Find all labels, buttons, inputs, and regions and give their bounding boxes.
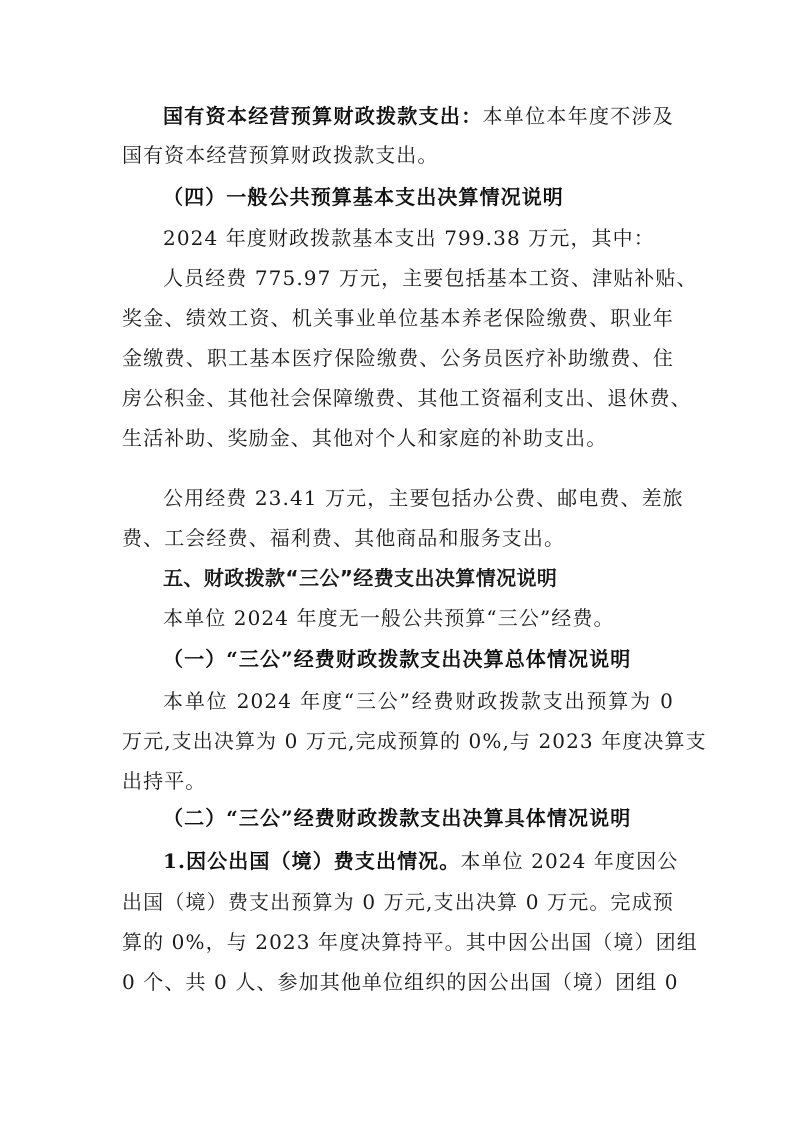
no-three-public-expenses: 本单位 2024 年度无一般公共预算“三公”经费。 <box>163 606 674 630</box>
personnel-cost-line5: 生活补助、奖励金、其他对个人和家庭的补助支出。 <box>122 426 674 450</box>
overseas-travel-line2: 出国（境）费支出预算为 0 万元,支出决算 0 万元。完成预 <box>122 890 674 914</box>
heading-section-5: 五、财政拨款“三公”经费支出决算情况说明 <box>163 566 674 590</box>
personnel-cost-line4: 房公积金、其他社会保障缴费、其他工资福利支出、退休费、 <box>122 386 674 410</box>
personnel-cost-line3: 金缴费、职工基本医疗保险缴费、公务员医疗补助缴费、住 <box>122 346 674 370</box>
heading-section-5-1: （一）“三公”经费财政拨款支出决算总体情况说明 <box>163 647 674 671</box>
state-capital-lead: 国有资本经营预算财政拨款支出： <box>163 104 483 128</box>
public-cost-line2: 费、工会经费、福利费、其他商品和服务支出。 <box>122 526 674 550</box>
basic-expenditure-total: 2024 年度财政拨款基本支出 799.38 万元，其中： <box>163 226 674 250</box>
overall-line1: 本单位 2024 年度“三公”经费财政拨款支出预算为 0 <box>163 689 674 713</box>
personnel-cost-line2: 奖金、绩效工资、机关事业单位基本养老保险缴费、职业年 <box>122 306 674 330</box>
personnel-cost-line1: 人员经费 775.97 万元，主要包括基本工资、津贴补贴、 <box>163 266 674 290</box>
state-capital-text: 本单位本年度不涉及 <box>483 104 675 128</box>
public-cost-line1: 公用经费 23.41 万元，主要包括办公费、邮电费、差旅 <box>163 486 674 510</box>
overseas-travel-lead: 1.因公出国（境）费支出情况。 <box>163 849 460 873</box>
paragraph-state-capital-line1: 国有资本经营预算财政拨款支出：本单位本年度不涉及 <box>163 104 674 128</box>
heading-section-5-2: （二）“三公”经费财政拨款支出决算具体情况说明 <box>163 806 674 830</box>
paragraph-state-capital-line2: 国有资本经营预算财政拨款支出。 <box>122 143 674 167</box>
heading-section-4: （四）一般公共预算基本支出决算情况说明 <box>163 185 674 209</box>
overseas-travel-line4: 0 个、共 0 人、参加其他单位组织的因公出国（境）团组 0 <box>122 970 674 994</box>
overall-line3: 出持平。 <box>122 769 674 793</box>
overseas-travel-text: 本单位 2024 年度因公 <box>460 849 678 873</box>
overseas-travel-line1: 1.因公出国（境）费支出情况。本单位 2024 年度因公 <box>163 849 674 873</box>
overall-line2: 万元,支出决算为 0 万元,完成预算的 0%,与 2023 年度决算支 <box>122 729 674 753</box>
overseas-travel-line3: 算的 0%，与 2023 年度决算持平。其中因公出国（境）团组 <box>122 930 674 954</box>
